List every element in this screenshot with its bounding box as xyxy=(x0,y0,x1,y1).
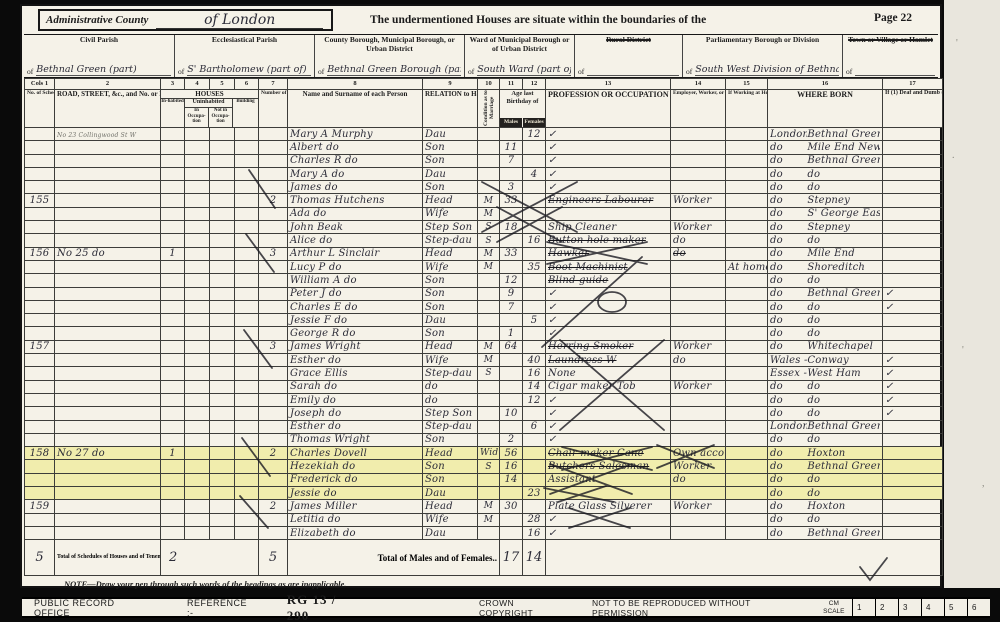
employer-cell: Worker xyxy=(671,460,726,473)
uninhabited-inocc-cell xyxy=(185,300,210,313)
infirmity-cell xyxy=(883,460,943,473)
uninhabited-notocc-cell xyxy=(210,207,235,220)
age-male-cell xyxy=(500,354,523,367)
road-cell xyxy=(55,487,161,500)
age-female-cell: 5 xyxy=(523,314,546,327)
rooms-cell xyxy=(259,314,288,327)
col-num: 3 xyxy=(161,79,185,90)
working-at-home-cell xyxy=(726,473,768,486)
uninhabited-notocc-cell xyxy=(210,247,235,260)
age-male-cell xyxy=(500,167,523,180)
born-place: do xyxy=(807,235,880,246)
inhabited-cell xyxy=(161,380,185,393)
of-label: of xyxy=(178,67,184,76)
schedule-number-cell xyxy=(25,167,55,180)
uninhabited-inocc-cell xyxy=(185,314,210,327)
rooms-cell xyxy=(259,433,288,446)
employer-cell xyxy=(671,154,726,167)
total-males-females-label: Total of Males and of Females.. xyxy=(288,540,500,576)
name-cell: Esther do xyxy=(288,420,423,433)
occupation-value: ✓ xyxy=(548,182,557,193)
age-male-cell: 11 xyxy=(500,141,523,154)
census-row: James do Son 3 ✓ dodo xyxy=(25,181,943,194)
road-cell xyxy=(55,473,161,486)
census-row: Frederick do Son 14 Assistant do dodo xyxy=(25,473,943,486)
census-row: Jessie do Dau 23 dodo xyxy=(25,487,943,500)
born-county: do xyxy=(770,474,807,485)
col-num: 14 xyxy=(671,79,726,90)
ward-value: South Ward (part of) xyxy=(477,64,571,76)
inhabited-cell xyxy=(161,460,185,473)
uninhabited-notocc-cell xyxy=(210,274,235,287)
condition-cell: S xyxy=(478,234,500,247)
schedule-number-cell xyxy=(25,181,55,194)
stray-mark: ' xyxy=(956,38,958,49)
total-schedules-value: 5 xyxy=(25,540,55,576)
census-row: John Beak Step Son S 18 Ship Cleaner Wor… xyxy=(25,221,943,234)
uninhabited-inocc-cell xyxy=(185,513,210,526)
infirmity-cell: ✓ xyxy=(883,380,943,393)
inhabited-cell xyxy=(161,407,185,420)
no-reproduction-notice: NOT TO BE REPRODUCED WITHOUT PERMISSION xyxy=(592,598,798,618)
reference-number: RG 13 / 290 xyxy=(287,592,359,622)
road-cell xyxy=(55,287,161,300)
schedule-number-cell xyxy=(25,128,55,141)
uninhabited-notocc-cell xyxy=(210,500,235,513)
where-born-cell: doMile End New Town xyxy=(768,141,883,154)
working-at-home-cell xyxy=(726,234,768,247)
age-male-cell: 7 xyxy=(500,154,523,167)
schedule-number-cell xyxy=(25,460,55,473)
age-male-cell: 16 xyxy=(500,460,523,473)
occupation-value: Laundress W xyxy=(548,355,617,366)
age-female-cell: 16 xyxy=(523,526,546,539)
born-county: do xyxy=(770,182,807,193)
employer-cell xyxy=(671,367,726,380)
parliamentary-borough-label: Parliamentary Borough or Division xyxy=(686,36,839,45)
occupation-value: ✓ xyxy=(548,129,557,140)
uninhabited-inocc-cell xyxy=(185,380,210,393)
where-born-cell: doBethnal Green xyxy=(768,526,883,539)
working-at-home-cell xyxy=(726,500,768,513)
condition-cell: Widr xyxy=(478,447,500,460)
census-page-scan: Administrative County of London The unde… xyxy=(20,4,942,588)
road-value: No 23 Collingwood St W xyxy=(57,132,136,139)
schedule-number-cell: 157 xyxy=(25,340,55,353)
header-working-at-home: If Working at Home xyxy=(726,90,768,128)
building-cell xyxy=(235,207,259,220)
working-at-home-cell xyxy=(726,526,768,539)
census-row: Hezekiah do Son S 16 Butchers Salesman W… xyxy=(25,460,943,473)
born-place: do xyxy=(807,395,880,406)
occupation-cell: Herring Smoker xyxy=(546,340,671,353)
uninhabited-inocc-cell xyxy=(185,167,210,180)
building-cell xyxy=(235,407,259,420)
census-row: Charles E do Son 7 ✓ dodo ✓ xyxy=(25,300,943,313)
infirmity-cell: ✓ xyxy=(883,287,943,300)
where-born-cell: doWhitechapel xyxy=(768,340,883,353)
relation-cell: Son xyxy=(423,433,478,446)
civil-parish-label: Civil Parish xyxy=(27,36,171,45)
condition-cell xyxy=(478,314,500,327)
name-cell: Alice do xyxy=(288,234,423,247)
parliamentary-borough-value: South West Division of Bethnal Green (pa… xyxy=(695,64,839,76)
rooms-cell xyxy=(259,526,288,539)
occupation-cell: Laundress W xyxy=(546,354,671,367)
where-born-cell: dodo xyxy=(768,274,883,287)
age-male-cell xyxy=(500,367,523,380)
header-relation: RELATION to Head of Family xyxy=(423,90,478,128)
age-male-cell xyxy=(500,513,523,526)
age-female-cell xyxy=(523,473,546,486)
where-born-cell: dodo xyxy=(768,513,883,526)
of-label: of xyxy=(846,67,852,76)
scan-right-margin: ' . ' , xyxy=(944,0,1000,588)
employer-value: Worker xyxy=(673,195,711,206)
infirmity-cell xyxy=(883,274,943,287)
header-condition: Condition as to Marriage xyxy=(478,90,500,128)
occupation-cell: ✓ xyxy=(546,141,671,154)
infirmity-cell: ✓ xyxy=(883,367,943,380)
inhabited-cell xyxy=(161,128,185,141)
occupation-cell: ✓ xyxy=(546,420,671,433)
building-cell xyxy=(235,314,259,327)
age-female-cell xyxy=(523,327,546,340)
infirmity-cell xyxy=(883,207,943,220)
occupation-cell: ✓ xyxy=(546,167,671,180)
relation-cell: Head xyxy=(423,247,478,260)
schedule-number-cell xyxy=(25,314,55,327)
header-age: Age last Birthday of xyxy=(500,90,545,118)
age-male-cell xyxy=(500,234,523,247)
road-cell: No 25 do xyxy=(55,247,161,260)
inhabited-cell xyxy=(161,526,185,539)
inhabited-cell xyxy=(161,234,185,247)
totals-empty-cell xyxy=(546,540,943,576)
relation-cell: Step Son xyxy=(423,221,478,234)
employer-cell: Worker xyxy=(671,500,726,513)
header-age-group: Age last Birthday of Males Females xyxy=(500,90,546,128)
occupation-value: ✓ xyxy=(548,302,557,313)
ecclesiastical-parish-value: S' Bartholomew (part of) xyxy=(187,64,311,76)
schedule-number-cell xyxy=(25,367,55,380)
building-cell xyxy=(235,167,259,180)
rooms-cell xyxy=(259,167,288,180)
born-place: Bethnal Green xyxy=(807,461,880,472)
condition-cell xyxy=(478,407,500,420)
relation-cell: Dau xyxy=(423,167,478,180)
census-row: Joseph do Step Son 10 ✓ dodo ✓ xyxy=(25,407,943,420)
building-cell xyxy=(235,274,259,287)
road-cell xyxy=(55,407,161,420)
employer-cell xyxy=(671,207,726,220)
relation-cell: Wife xyxy=(423,207,478,220)
occupation-value: None xyxy=(548,368,576,379)
occupation-value: Button hole maker xyxy=(548,235,646,246)
relation-cell: Dau xyxy=(423,314,478,327)
age-male-cell: 33 xyxy=(500,194,523,207)
born-place: do xyxy=(807,302,880,313)
occupation-cell: ✓ xyxy=(546,393,671,406)
of-label: of xyxy=(318,67,324,76)
employer-value: Worker xyxy=(673,341,711,352)
working-at-home-cell: At home xyxy=(726,260,768,273)
road-cell xyxy=(55,526,161,539)
census-row: Charles R do Son 7 ✓ doBethnal Green xyxy=(25,154,943,167)
total-rooms-value: 5 xyxy=(259,540,288,576)
working-at-home-cell xyxy=(726,380,768,393)
employer-cell: Worker xyxy=(671,380,726,393)
uninhabited-notocc-cell xyxy=(210,460,235,473)
occupation-cell: ✓ xyxy=(546,128,671,141)
header-schedule-no: No. of Schedule xyxy=(25,90,55,128)
uninhabited-inocc-cell xyxy=(185,128,210,141)
employer-cell xyxy=(671,407,726,420)
working-at-home-cell xyxy=(726,128,768,141)
inhabited-cell xyxy=(161,207,185,220)
working-at-home-cell xyxy=(726,340,768,353)
header-road-street: ROAD, STREET, &c., and No. or NAME of HO… xyxy=(55,90,161,128)
road-cell xyxy=(55,314,161,327)
born-place: Bethnal Green xyxy=(807,421,880,432)
schedule-number-cell: 155 xyxy=(25,194,55,207)
infirmity-cell xyxy=(883,167,943,180)
relation-cell: Wife xyxy=(423,354,478,367)
age-male-cell xyxy=(500,380,523,393)
age-male-cell xyxy=(500,393,523,406)
occupation-cell: ✓ xyxy=(546,513,671,526)
uninhabited-notocc-cell xyxy=(210,194,235,207)
name-cell: James do xyxy=(288,181,423,194)
relation-cell: Head xyxy=(423,194,478,207)
condition-cell: M xyxy=(478,207,500,220)
uninhabited-notocc-cell xyxy=(210,314,235,327)
age-female-cell: 23 xyxy=(523,487,546,500)
building-cell xyxy=(235,473,259,486)
infirmity-cell xyxy=(883,433,943,446)
inhabited-cell xyxy=(161,340,185,353)
name-cell: Charles E do xyxy=(288,300,423,313)
header-infirmity: If (1) Deaf and Dumb (2) Blind (3) Lunat… xyxy=(883,90,943,128)
road-cell xyxy=(55,141,161,154)
census-row: 157 3 James Wright Head M 64 Herring Smo… xyxy=(25,340,943,353)
age-male-cell xyxy=(500,420,523,433)
where-born-cell: doBethnal Green xyxy=(768,460,883,473)
name-cell: George R do xyxy=(288,327,423,340)
of-label: of xyxy=(468,67,474,76)
occupation-cell: Chair maker Cane xyxy=(546,447,671,460)
building-cell xyxy=(235,500,259,513)
uninhabited-inocc-cell xyxy=(185,141,210,154)
census-row: Peter J do Son 9 ✓ doBethnal Green ✓ xyxy=(25,287,943,300)
infirmity-cell xyxy=(883,128,943,141)
relation-cell: Step-dau xyxy=(423,234,478,247)
total-males-value: 17 xyxy=(500,540,523,576)
schedule-number-cell xyxy=(25,393,55,406)
employer-cell xyxy=(671,167,726,180)
occupation-value: ✓ xyxy=(548,169,557,180)
infirmity-cell xyxy=(883,526,943,539)
col-num: 4 xyxy=(185,79,210,90)
employer-value: Worker xyxy=(673,461,711,472)
condition-cell xyxy=(478,526,500,539)
building-cell xyxy=(235,221,259,234)
county-borough-label: County Borough, Municipal Borough, or Ur… xyxy=(318,36,461,53)
census-row: Elizabeth do Dau 16 ✓ doBethnal Green xyxy=(25,526,943,539)
employer-value: Worker xyxy=(673,222,711,233)
infirmity-cell xyxy=(883,513,943,526)
employer-cell xyxy=(671,314,726,327)
born-county: do xyxy=(770,195,807,206)
born-place: do xyxy=(807,328,880,339)
name-cell: Emily do xyxy=(288,393,423,406)
infirmity-cell xyxy=(883,234,943,247)
col-num: 10 xyxy=(478,79,500,90)
header-employer: Employer, Worker, or Own account xyxy=(671,90,726,128)
rooms-cell xyxy=(259,380,288,393)
age-female-cell xyxy=(523,407,546,420)
infirmity-cell xyxy=(883,141,943,154)
employer-cell: Worker xyxy=(671,340,726,353)
condition-cell: M xyxy=(478,260,500,273)
rooms-cell: 3 xyxy=(259,247,288,260)
occupation-cell: ✓ xyxy=(546,154,671,167)
occupation-value: Chair maker Cane xyxy=(548,448,644,459)
occupation-value: Butchers Salesman xyxy=(548,461,649,472)
where-born-cell: doBethnal Green xyxy=(768,154,883,167)
age-male-cell: 9 xyxy=(500,287,523,300)
col-num: 9 xyxy=(423,79,478,90)
working-at-home-cell xyxy=(726,154,768,167)
schedule-number-cell xyxy=(25,380,55,393)
county-borough-cell: County Borough, Municipal Borough, or Ur… xyxy=(314,35,464,77)
born-county: do xyxy=(770,235,807,246)
uninhabited-notocc-cell xyxy=(210,380,235,393)
name-cell: James Wright xyxy=(288,340,423,353)
road-cell xyxy=(55,354,161,367)
age-female-cell: 12 xyxy=(523,393,546,406)
born-place: Whitechapel xyxy=(807,341,880,352)
county-borough-value: Bethnal Green Borough (part of) xyxy=(327,64,461,76)
condition-cell xyxy=(478,473,500,486)
building-cell xyxy=(235,340,259,353)
occupation-value: ✓ xyxy=(548,395,557,406)
header-profession: PROFESSION OR OCCUPATION xyxy=(546,90,671,128)
census-row: Esther do Wife M 40 Laundress W do Wales… xyxy=(25,354,943,367)
born-place: Mile End xyxy=(807,248,880,259)
town-village-label: Town or Village or Hamlet xyxy=(846,36,935,45)
age-male-cell: 14 xyxy=(500,473,523,486)
building-cell xyxy=(235,260,259,273)
occupation-cell: None xyxy=(546,367,671,380)
schedule-number-cell xyxy=(25,260,55,273)
employer-cell: Own account xyxy=(671,447,726,460)
schedule-number-cell xyxy=(25,420,55,433)
rooms-cell xyxy=(259,181,288,194)
uninhabited-notocc-cell xyxy=(210,340,235,353)
census-row: Grace Ellis Step-dau S 16 None Essex -We… xyxy=(25,367,943,380)
born-place: do xyxy=(807,275,880,286)
employer-cell: do xyxy=(671,354,726,367)
occupation-cell: ✓ xyxy=(546,433,671,446)
born-place: do xyxy=(807,182,880,193)
building-cell xyxy=(235,181,259,194)
road-cell: No 23 Collingwood St W xyxy=(55,128,161,141)
relation-cell: Head xyxy=(423,447,478,460)
rooms-cell xyxy=(259,327,288,340)
working-at-home-cell xyxy=(726,447,768,460)
name-cell: Albert do xyxy=(288,141,423,154)
public-record-office-label: PUBLIC RECORD OFFICE xyxy=(34,598,147,618)
age-male-cell: 30 xyxy=(500,500,523,513)
road-cell xyxy=(55,234,161,247)
relation-cell: Wife xyxy=(423,260,478,273)
building-cell xyxy=(235,234,259,247)
infirmity-cell xyxy=(883,487,943,500)
name-cell: Ada do xyxy=(288,207,423,220)
name-cell: Grace Ellis xyxy=(288,367,423,380)
relation-cell: Wife xyxy=(423,513,478,526)
working-at-home-cell xyxy=(726,487,768,500)
uninhabited-notocc-cell xyxy=(210,181,235,194)
col-num: 2 xyxy=(55,79,161,90)
born-place: do xyxy=(807,514,880,525)
name-cell: Joseph do xyxy=(288,407,423,420)
where-born-cell: doStepney xyxy=(768,221,883,234)
working-at-home-cell xyxy=(726,393,768,406)
header-inhabited: In-habited xyxy=(161,99,184,127)
col-num: 16 xyxy=(768,79,883,90)
column-headers-row: No. of Schedule ROAD, STREET, &c., and N… xyxy=(25,90,943,128)
cm-scale-ruler: 123456 xyxy=(852,599,990,616)
uninhabited-notocc-cell xyxy=(210,221,235,234)
schedule-number-cell xyxy=(25,300,55,313)
occupation-value: Blind guide xyxy=(548,275,608,286)
occupation-cell: ✓ xyxy=(546,287,671,300)
col-num: 7 xyxy=(259,79,288,90)
name-cell: Elizabeth do xyxy=(288,526,423,539)
uninhabited-notocc-cell xyxy=(210,407,235,420)
born-place: S' George East xyxy=(807,208,880,219)
totals-row: 5 Total of Schedules of Houses and of Te… xyxy=(25,540,943,576)
uninhabited-inocc-cell xyxy=(185,407,210,420)
cm-scale-cell: 6 xyxy=(967,599,990,616)
building-cell xyxy=(235,247,259,260)
employer-cell: do xyxy=(671,234,726,247)
of-label: of xyxy=(578,67,584,76)
condition-cell xyxy=(478,274,500,287)
rooms-cell xyxy=(259,274,288,287)
relation-cell: Son xyxy=(423,300,478,313)
occupation-value: Herring Smoker xyxy=(548,341,633,352)
road-cell xyxy=(55,154,161,167)
cm-scale-label: CM SCALE xyxy=(820,600,848,614)
road-cell xyxy=(55,393,161,406)
condition-cell xyxy=(478,287,500,300)
uninhabited-inocc-cell xyxy=(185,260,210,273)
col-num: 6 xyxy=(235,79,259,90)
building-cell xyxy=(235,393,259,406)
age-male-cell xyxy=(500,526,523,539)
rooms-cell: 2 xyxy=(259,194,288,207)
born-county: London xyxy=(770,129,807,140)
born-county: do xyxy=(770,395,807,406)
rooms-cell xyxy=(259,367,288,380)
relation-cell: Dau xyxy=(423,526,478,539)
relation-cell: Step-dau xyxy=(423,367,478,380)
rural-district-label: Rural District xyxy=(578,36,679,45)
inhabited-cell xyxy=(161,487,185,500)
